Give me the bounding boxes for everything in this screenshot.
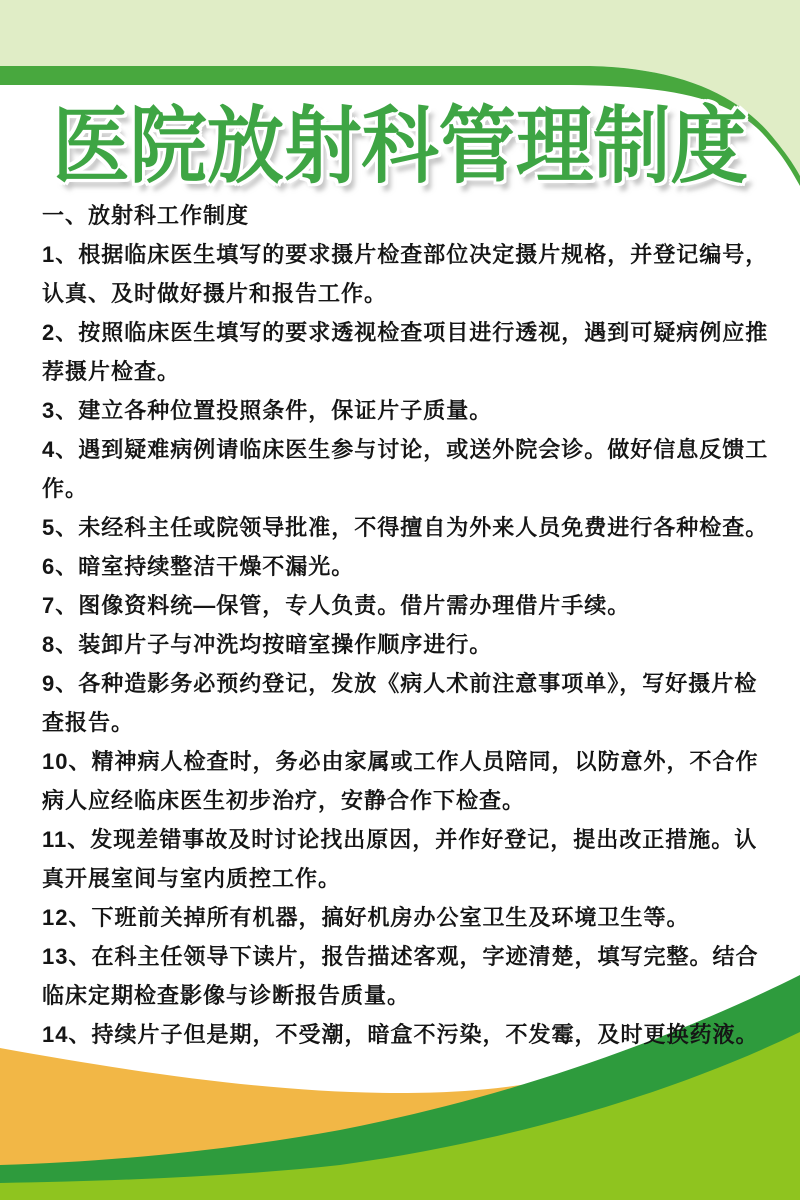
- rule-item: 7、图像资料统—保管，专人负责。借片需办理借片手续。: [42, 586, 776, 625]
- rule-item: 13、在科主任领导下读片，报告描述客观，字迹清楚，填写完整。结合临床定期检查影像…: [42, 937, 776, 1015]
- rule-item: 4、遇到疑难病例请临床医生参与讨论，或送外院会诊。做好信息反馈工作。: [42, 430, 776, 508]
- rule-item: 10、精神病人检查时，务必由家属或工作人员陪同，以防意外，不合作病人应经临床医生…: [42, 742, 776, 820]
- rule-item: 11、发现差错事故及时讨论找出原因，并作好登记，提出改正措施。认真开展室间与室内…: [42, 820, 776, 898]
- rule-item: 1、根据临床医生填写的要求摄片检查部位决定摄片规格，并登记编号，认真、及时做好摄…: [42, 235, 776, 313]
- poster-title: 医院放射科管理制度: [32, 106, 768, 190]
- rule-item: 6、暗室持续整洁干燥不漏光。: [42, 547, 776, 586]
- rule-item: 9、各种造影务必预约登记，发放《病人术前注意事项单》，写好摄片检查报告。: [42, 664, 776, 742]
- rule-item: 8、装卸片子与冲洗均按暗室操作顺序进行。: [42, 625, 776, 664]
- rule-item: 5、未经科主任或院领导批准，不得擅自为外来人员免费进行各种检查。: [42, 508, 776, 547]
- section-heading: 一、放射科工作制度: [42, 196, 776, 235]
- rule-item: 3、建立各种位置投照条件，保证片子质量。: [42, 391, 776, 430]
- rule-item: 12、下班前关掉所有机器，搞好机房办公室卫生及环境卫生等。: [42, 898, 776, 937]
- rules-list: 一、放射科工作制度 1、根据临床医生填写的要求摄片检查部位决定摄片规格，并登记编…: [42, 196, 776, 1054]
- rule-item: 2、按照临床医生填写的要求透视检查项目进行透视，遇到可疑病例应推荐摄片检查。: [42, 313, 776, 391]
- rule-item: 14、持续片子但是期，不受潮，暗盒不污染，不发霉，及时更换药液。: [42, 1015, 776, 1054]
- radiology-rules-poster: 医院放射科管理制度 一、放射科工作制度 1、根据临床医生填写的要求摄片检查部位决…: [0, 0, 800, 1200]
